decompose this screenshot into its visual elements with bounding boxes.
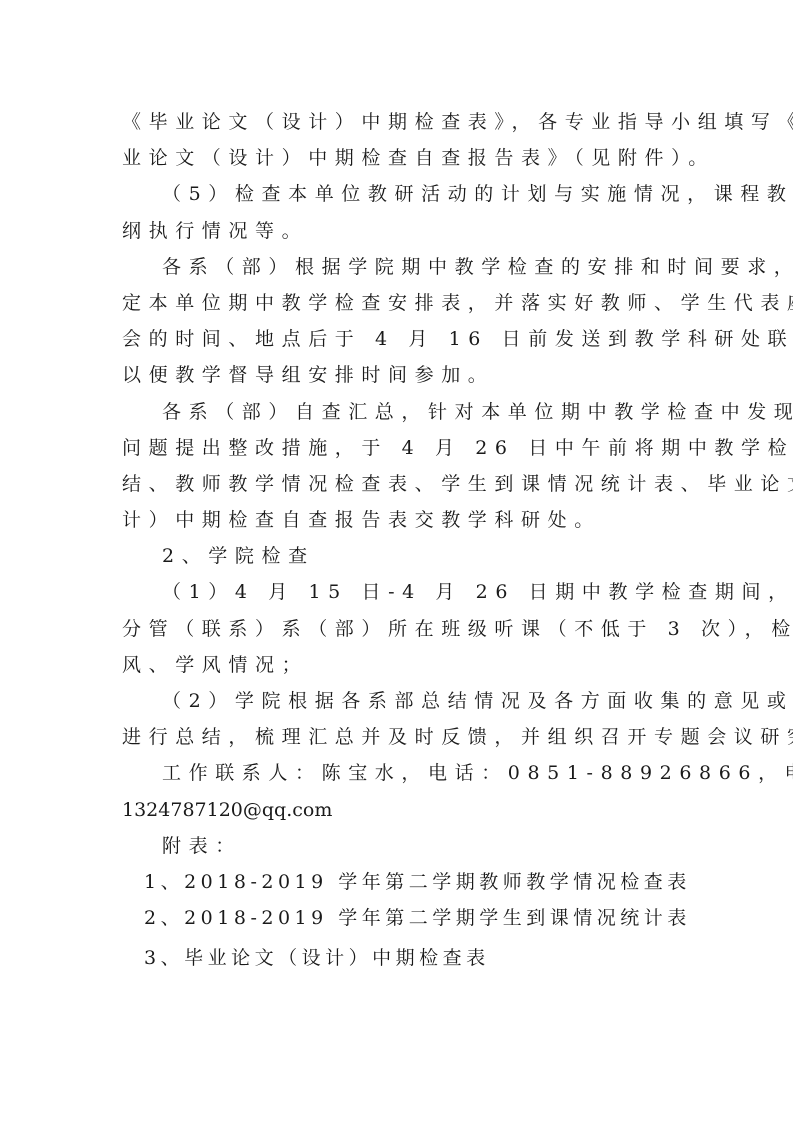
section-heading: 2、学院检查 (122, 538, 696, 574)
text-line: 风、学风情况； (122, 647, 696, 683)
appendix-heading: 附表： (122, 828, 696, 864)
appendix-item: 1、2018-2019 学年第二学期教师教学情况检查表 (122, 864, 696, 900)
text-line: 各系（部）根据学院期中教学检查的安排和时间要求，拟 (122, 249, 696, 285)
text-line: 定本单位期中教学检查安排表，并落实好教师、学生代表座谈 (122, 285, 696, 321)
appendix-item: 3、毕业论文（设计）中期检查表 (122, 940, 696, 976)
text-line: 会的时间、地点后于 4 月 16 日前发送到教学科研处联系邮箱， (122, 321, 696, 357)
text-line: 纲执行情况等。 (122, 213, 696, 249)
document-page: 《毕业论文（设计）中期检查表》，各专业指导小组填写《毕 业论文（设计）中期检查自… (122, 104, 696, 977)
contact-line: 工作联系人：陈宝水，电话：0851-88926866，电子邮箱： (122, 755, 696, 791)
text-line: （1）4 月 15 日-4 月 26 日期中教学检查期间，院领导深入 (122, 574, 696, 610)
text-line: （5）检查本单位教研活动的计划与实施情况，课程教学大 (122, 176, 696, 212)
text-line: 问题提出整改措施，于 4 月 26 日中午前将期中教学检查自查总 (122, 430, 696, 466)
text-line: 各系（部）自查汇总，针对本单位期中教学检查中发现的 (122, 394, 696, 430)
text-line: 计）中期检查自查报告表交教学科研处。 (122, 502, 696, 538)
text-line: 业论文（设计）中期检查自查报告表》（见附件）。 (122, 140, 696, 176)
text-line: （2）学院根据各系部总结情况及各方面收集的意见或建议 (122, 683, 696, 719)
appendix-item: 2、2018-2019 学年第二学期学生到课情况统计表 (122, 900, 696, 936)
contact-email: 1324787120@qq.com (122, 792, 696, 828)
text-line: 以便教学督导组安排时间参加。 (122, 357, 696, 393)
text-line: 《毕业论文（设计）中期检查表》，各专业指导小组填写《毕 (122, 104, 696, 140)
text-line: 进行总结，梳理汇总并及时反馈，并组织召开专题会议研究。 (122, 719, 696, 755)
text-line: 结、教师教学情况检查表、学生到课情况统计表、毕业论文（设 (122, 466, 696, 502)
text-line: 分管（联系）系（部）所在班级听课（不低于 3 次），检查教 (122, 611, 696, 647)
